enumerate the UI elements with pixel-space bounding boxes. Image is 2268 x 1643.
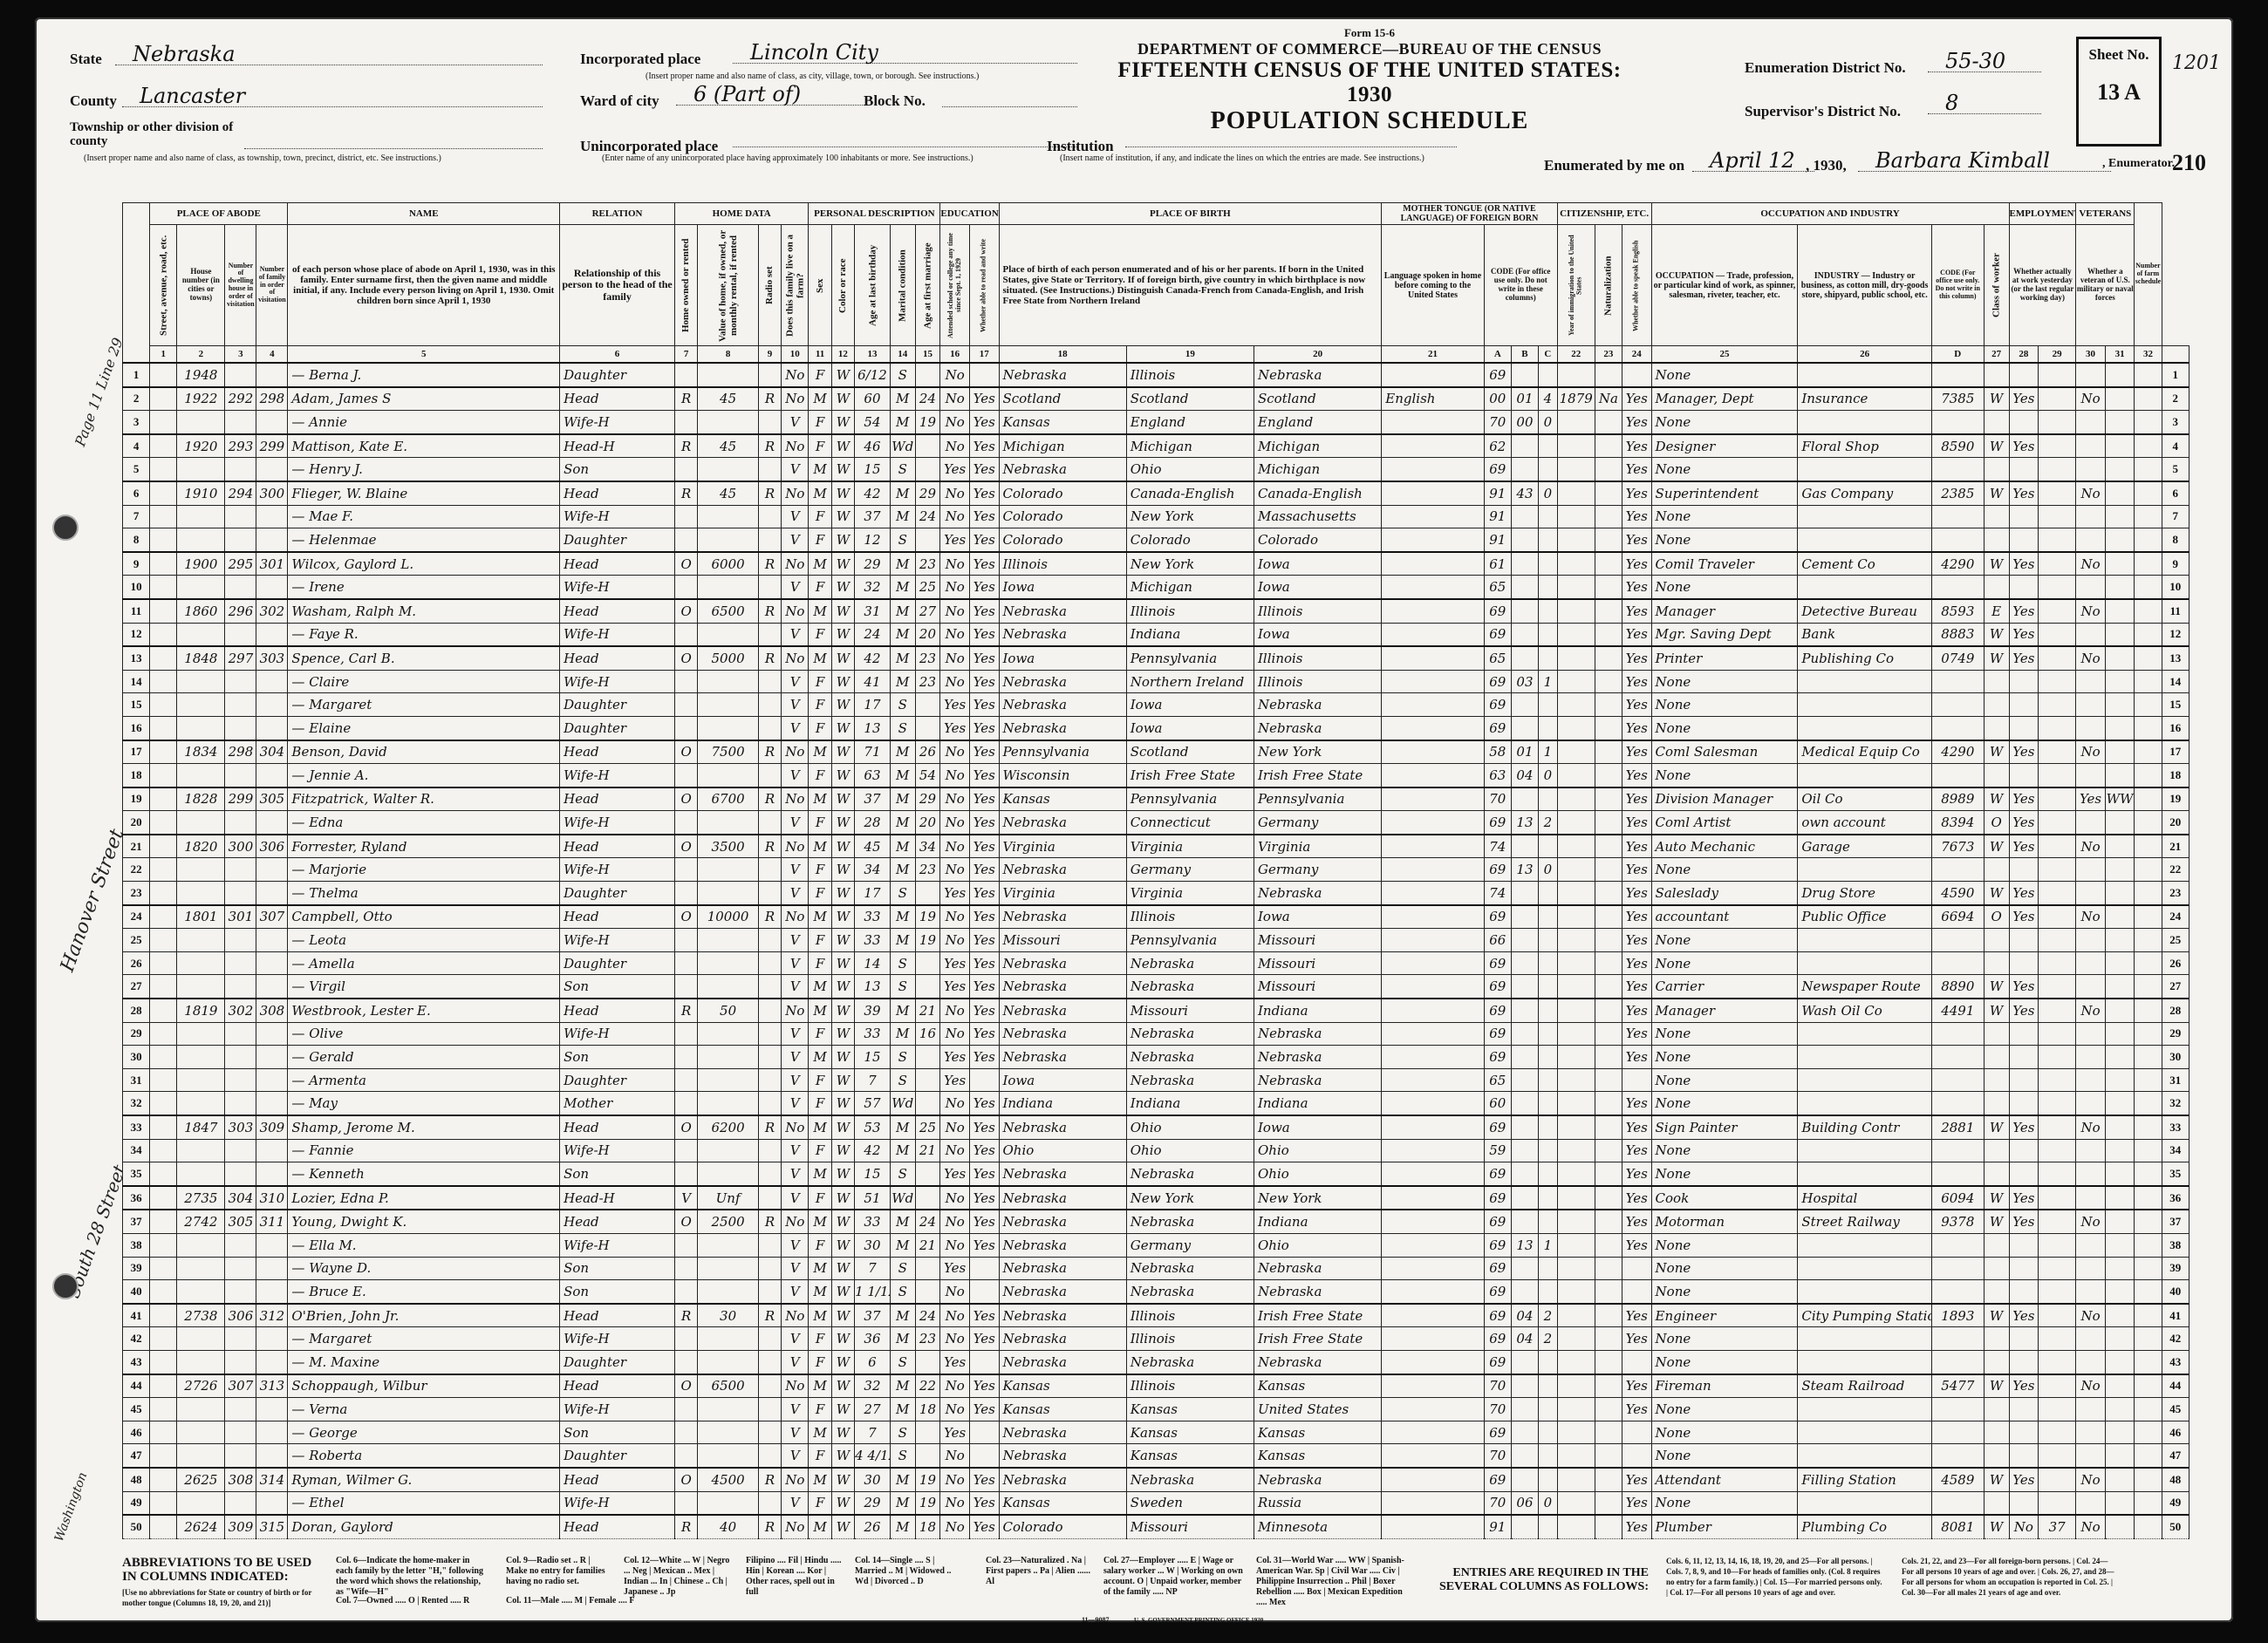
code-c-cell[interactable] (1539, 716, 1558, 740)
farm-schedule-cell[interactable] (2135, 787, 2162, 811)
read-write-cell[interactable]: Yes (969, 1233, 999, 1257)
sex-cell[interactable]: M (809, 599, 831, 623)
relation-cell[interactable]: Wife-H (560, 1327, 675, 1351)
read-write-cell[interactable]: Yes (969, 1186, 999, 1210)
immigration-year-cell[interactable] (1557, 1092, 1595, 1115)
sex-cell[interactable]: F (809, 505, 831, 528)
sex-cell[interactable]: F (809, 623, 831, 646)
immigration-year-cell[interactable] (1557, 481, 1595, 505)
occupation-code-cell[interactable] (1931, 528, 1984, 552)
house-number-cell[interactable]: 1900 (177, 552, 225, 576)
radio-cell[interactable] (758, 951, 781, 975)
occupation-code-cell[interactable] (1931, 929, 1984, 952)
owned-rented-cell[interactable] (674, 528, 697, 552)
mother-birthplace-cell[interactable]: Massachusetts (1254, 505, 1382, 528)
age-first-marriage-cell[interactable] (915, 434, 940, 458)
industry-cell[interactable]: Public Office (1798, 905, 1931, 929)
home-value-cell[interactable] (698, 1327, 759, 1351)
code-a-cell[interactable]: 70 (1484, 1491, 1511, 1515)
sex-cell[interactable]: F (809, 1398, 831, 1421)
house-number-cell[interactable]: 1801 (177, 905, 225, 929)
street-cell[interactable] (150, 951, 177, 975)
name-cell[interactable]: O'Brien, John Jr. (288, 1304, 560, 1327)
home-value-cell[interactable]: 6200 (698, 1115, 759, 1139)
code-b-cell[interactable] (1511, 599, 1538, 623)
farm-schedule-cell[interactable] (2135, 1304, 2162, 1327)
family-number-cell[interactable]: 311 (256, 1210, 288, 1233)
farm-cell[interactable]: V (782, 458, 809, 481)
school-cell[interactable]: Yes (940, 1421, 970, 1444)
home-value-cell[interactable] (698, 1257, 759, 1280)
naturalization-cell[interactable] (1595, 882, 1622, 905)
code-c-cell[interactable] (1539, 646, 1558, 670)
home-value-cell[interactable]: 6000 (698, 552, 759, 576)
marital-cell[interactable]: M (890, 646, 915, 670)
marital-cell[interactable]: M (890, 1022, 915, 1046)
unemployment-line-cell[interactable] (2039, 1491, 2076, 1515)
farm-cell[interactable]: V (782, 1421, 809, 1444)
farm-cell[interactable]: V (782, 716, 809, 740)
dwelling-number-cell[interactable] (225, 882, 256, 905)
code-a-cell[interactable]: 69 (1484, 693, 1511, 717)
language-cell[interactable] (1382, 999, 1484, 1022)
mother-birthplace-cell[interactable]: Ohio (1254, 1233, 1382, 1257)
farm-schedule-cell[interactable] (2135, 599, 2162, 623)
street-cell[interactable] (150, 1374, 177, 1398)
industry-cell[interactable]: Garage (1798, 835, 1931, 858)
dwelling-number-cell[interactable]: 307 (225, 1374, 256, 1398)
family-number-cell[interactable]: 309 (256, 1115, 288, 1139)
immigration-year-cell[interactable] (1557, 1444, 1595, 1468)
naturalization-cell[interactable] (1595, 552, 1622, 576)
mother-birthplace-cell[interactable]: New York (1254, 740, 1382, 764)
radio-cell[interactable] (758, 1421, 781, 1444)
age-first-marriage-cell[interactable]: 23 (915, 1327, 940, 1351)
code-a-cell[interactable]: 69 (1484, 858, 1511, 882)
owned-rented-cell[interactable] (674, 811, 697, 835)
radio-cell[interactable] (758, 1444, 781, 1468)
unemployment-line-cell[interactable] (2039, 670, 2076, 693)
unemployment-line-cell[interactable] (2039, 740, 2076, 764)
owned-rented-cell[interactable]: R (674, 387, 697, 411)
name-cell[interactable]: — Olive (288, 1022, 560, 1046)
dwelling-number-cell[interactable] (225, 1398, 256, 1421)
owned-rented-cell[interactable] (674, 1257, 697, 1280)
unemployment-line-cell[interactable] (2039, 528, 2076, 552)
house-number-cell[interactable] (177, 1257, 225, 1280)
race-cell[interactable]: W (831, 1233, 854, 1257)
occupation-cell[interactable]: Cook (1651, 1186, 1798, 1210)
industry-cell[interactable] (1798, 1280, 1931, 1304)
father-birthplace-cell[interactable]: Illinois (1126, 363, 1254, 387)
unemployment-line-cell[interactable] (2039, 999, 2076, 1022)
occupation-code-cell[interactable] (1931, 1421, 1984, 1444)
house-number-cell[interactable] (177, 1233, 225, 1257)
class-of-worker-cell[interactable]: W (1984, 434, 2009, 458)
name-cell[interactable]: — Wayne D. (288, 1257, 560, 1280)
owned-rented-cell[interactable] (674, 858, 697, 882)
home-value-cell[interactable] (698, 1022, 759, 1046)
war-cell[interactable] (2105, 411, 2135, 434)
house-number-cell[interactable] (177, 1350, 225, 1374)
code-b-cell[interactable]: 13 (1511, 858, 1538, 882)
owned-rented-cell[interactable] (674, 458, 697, 481)
read-write-cell[interactable]: Yes (969, 740, 999, 764)
code-a-cell[interactable]: 63 (1484, 764, 1511, 787)
war-cell[interactable] (2105, 882, 2135, 905)
farm-cell[interactable]: V (782, 528, 809, 552)
age-cell[interactable]: 13 (855, 975, 891, 999)
father-birthplace-cell[interactable]: Illinois (1126, 1374, 1254, 1398)
veteran-cell[interactable] (2076, 411, 2106, 434)
code-c-cell[interactable]: 1 (1539, 740, 1558, 764)
marital-cell[interactable]: S (890, 458, 915, 481)
family-number-cell[interactable]: 310 (256, 1186, 288, 1210)
mother-birthplace-cell[interactable]: United States (1254, 1398, 1382, 1421)
home-value-cell[interactable] (698, 1421, 759, 1444)
unemployment-line-cell[interactable] (2039, 858, 2076, 882)
veteran-cell[interactable] (2076, 1421, 2106, 1444)
class-of-worker-cell[interactable]: W (1984, 552, 2009, 576)
language-cell[interactable] (1382, 1162, 1484, 1186)
home-value-cell[interactable]: 50 (698, 999, 759, 1022)
street-cell[interactable] (150, 599, 177, 623)
school-cell[interactable]: No (940, 505, 970, 528)
owned-rented-cell[interactable] (674, 1046, 697, 1069)
speaks-english-cell[interactable]: Yes (1622, 1304, 1651, 1327)
family-number-cell[interactable] (256, 1092, 288, 1115)
street-cell[interactable] (150, 905, 177, 929)
at-work-cell[interactable]: Yes (2009, 882, 2039, 905)
immigration-year-cell[interactable] (1557, 434, 1595, 458)
home-value-cell[interactable] (698, 764, 759, 787)
industry-cell[interactable] (1798, 1092, 1931, 1115)
birthplace-cell[interactable]: Nebraska (999, 975, 1126, 999)
father-birthplace-cell[interactable]: Iowa (1126, 716, 1254, 740)
name-cell[interactable]: — M. Maxine (288, 1350, 560, 1374)
age-first-marriage-cell[interactable]: 24 (915, 505, 940, 528)
immigration-year-cell[interactable] (1557, 528, 1595, 552)
father-birthplace-cell[interactable]: Northern Ireland (1126, 670, 1254, 693)
immigration-year-cell[interactable] (1557, 1327, 1595, 1351)
read-write-cell[interactable] (969, 1444, 999, 1468)
age-first-marriage-cell[interactable]: 25 (915, 1115, 940, 1139)
race-cell[interactable]: W (831, 528, 854, 552)
owned-rented-cell[interactable]: R (674, 434, 697, 458)
class-of-worker-cell[interactable]: W (1984, 481, 2009, 505)
war-cell[interactable] (2105, 481, 2135, 505)
owned-rented-cell[interactable] (674, 670, 697, 693)
family-number-cell[interactable]: 304 (256, 740, 288, 764)
industry-cell[interactable] (1798, 1139, 1931, 1162)
immigration-year-cell[interactable] (1557, 1491, 1595, 1515)
veteran-cell[interactable] (2076, 693, 2106, 717)
race-cell[interactable]: W (831, 1210, 854, 1233)
occupation-cell[interactable]: None (1651, 1022, 1798, 1046)
street-cell[interactable] (150, 1280, 177, 1304)
school-cell[interactable]: Yes (940, 975, 970, 999)
code-c-cell[interactable] (1539, 905, 1558, 929)
name-cell[interactable]: — Faye R. (288, 623, 560, 646)
language-cell[interactable] (1382, 1186, 1484, 1210)
industry-cell[interactable]: Wash Oil Co (1798, 999, 1931, 1022)
name-cell[interactable]: — Fannie (288, 1139, 560, 1162)
code-a-cell[interactable]: 69 (1484, 670, 1511, 693)
veteran-cell[interactable]: No (2076, 1210, 2106, 1233)
mother-birthplace-cell[interactable]: Iowa (1254, 623, 1382, 646)
race-cell[interactable]: W (831, 999, 854, 1022)
war-cell[interactable] (2105, 1186, 2135, 1210)
father-birthplace-cell[interactable]: Nebraska (1126, 1350, 1254, 1374)
occupation-cell[interactable]: None (1651, 1068, 1798, 1092)
radio-cell[interactable] (758, 1046, 781, 1069)
naturalization-cell[interactable] (1595, 1186, 1622, 1210)
name-cell[interactable]: — Helenmae (288, 528, 560, 552)
house-number-cell[interactable]: 2738 (177, 1304, 225, 1327)
race-cell[interactable]: W (831, 1515, 854, 1538)
code-b-cell[interactable] (1511, 1280, 1538, 1304)
class-of-worker-cell[interactable] (1984, 576, 2009, 599)
naturalization-cell[interactable] (1595, 1468, 1622, 1491)
farm-schedule-cell[interactable] (2135, 646, 2162, 670)
immigration-year-cell[interactable] (1557, 1210, 1595, 1233)
at-work-cell[interactable]: Yes (2009, 975, 2039, 999)
naturalization-cell[interactable] (1595, 576, 1622, 599)
sex-cell[interactable]: F (809, 1350, 831, 1374)
read-write-cell[interactable]: Yes (969, 528, 999, 552)
at-work-cell[interactable] (2009, 458, 2039, 481)
birthplace-cell[interactable]: Pennsylvania (999, 740, 1126, 764)
race-cell[interactable]: W (831, 811, 854, 835)
class-of-worker-cell[interactable]: W (1984, 1374, 2009, 1398)
occupation-code-cell[interactable] (1931, 1444, 1984, 1468)
relation-cell[interactable]: Daughter (560, 363, 675, 387)
unemployment-line-cell[interactable] (2039, 363, 2076, 387)
age-cell[interactable]: 54 (855, 411, 891, 434)
code-a-cell[interactable]: 65 (1484, 1068, 1511, 1092)
race-cell[interactable]: W (831, 1186, 854, 1210)
age-first-marriage-cell[interactable]: 20 (915, 623, 940, 646)
age-first-marriage-cell[interactable]: 29 (915, 787, 940, 811)
dwelling-number-cell[interactable]: 300 (225, 835, 256, 858)
father-birthplace-cell[interactable]: Missouri (1126, 1515, 1254, 1538)
street-cell[interactable] (150, 693, 177, 717)
house-number-cell[interactable] (177, 693, 225, 717)
father-birthplace-cell[interactable]: Illinois (1126, 1327, 1254, 1351)
sex-cell[interactable]: F (809, 434, 831, 458)
house-number-cell[interactable]: 1910 (177, 481, 225, 505)
farm-schedule-cell[interactable] (2135, 1162, 2162, 1186)
family-number-cell[interactable] (256, 951, 288, 975)
immigration-year-cell[interactable] (1557, 552, 1595, 576)
race-cell[interactable]: W (831, 1350, 854, 1374)
school-cell[interactable]: Yes (940, 458, 970, 481)
read-write-cell[interactable]: Yes (969, 905, 999, 929)
farm-cell[interactable]: V (782, 623, 809, 646)
age-first-marriage-cell[interactable]: 27 (915, 599, 940, 623)
age-first-marriage-cell[interactable]: 23 (915, 552, 940, 576)
language-cell[interactable] (1382, 740, 1484, 764)
family-number-cell[interactable] (256, 411, 288, 434)
veteran-cell[interactable] (2076, 858, 2106, 882)
farm-schedule-cell[interactable] (2135, 999, 2162, 1022)
street-cell[interactable] (150, 505, 177, 528)
relation-cell[interactable]: Head-H (560, 1186, 675, 1210)
language-cell[interactable] (1382, 1421, 1484, 1444)
age-cell[interactable]: 6 (855, 1350, 891, 1374)
unemployment-line-cell[interactable] (2039, 929, 2076, 952)
father-birthplace-cell[interactable]: Virginia (1126, 882, 1254, 905)
sex-cell[interactable]: M (809, 1304, 831, 1327)
code-c-cell[interactable] (1539, 1210, 1558, 1233)
marital-cell[interactable]: M (890, 623, 915, 646)
occupation-cell[interactable]: None (1651, 1491, 1798, 1515)
unemployment-line-cell[interactable] (2039, 481, 2076, 505)
street-cell[interactable] (150, 999, 177, 1022)
unemployment-line-cell[interactable] (2039, 505, 2076, 528)
age-cell[interactable]: 29 (855, 552, 891, 576)
radio-cell[interactable]: R (758, 1115, 781, 1139)
birthplace-cell[interactable]: Missouri (999, 929, 1126, 952)
language-cell[interactable] (1382, 552, 1484, 576)
radio-cell[interactable] (758, 1257, 781, 1280)
radio-cell[interactable]: R (758, 1515, 781, 1538)
at-work-cell[interactable]: Yes (2009, 905, 2039, 929)
code-a-cell[interactable]: 61 (1484, 552, 1511, 576)
code-c-cell[interactable] (1539, 693, 1558, 717)
language-cell[interactable] (1382, 646, 1484, 670)
code-a-cell[interactable]: 59 (1484, 1139, 1511, 1162)
occupation-code-cell[interactable]: 0749 (1931, 646, 1984, 670)
dwelling-number-cell[interactable]: 309 (225, 1515, 256, 1538)
veteran-cell[interactable] (2076, 1257, 2106, 1280)
read-write-cell[interactable]: Yes (969, 1162, 999, 1186)
naturalization-cell[interactable] (1595, 693, 1622, 717)
war-cell[interactable] (2105, 434, 2135, 458)
class-of-worker-cell[interactable]: W (1984, 882, 2009, 905)
marital-cell[interactable]: S (890, 716, 915, 740)
unemployment-line-cell[interactable] (2039, 552, 2076, 576)
read-write-cell[interactable]: Yes (969, 505, 999, 528)
father-birthplace-cell[interactable]: Illinois (1126, 599, 1254, 623)
race-cell[interactable]: W (831, 1115, 854, 1139)
language-cell[interactable] (1382, 481, 1484, 505)
sex-cell[interactable]: F (809, 1186, 831, 1210)
age-first-marriage-cell[interactable] (915, 1444, 940, 1468)
read-write-cell[interactable] (969, 1068, 999, 1092)
industry-cell[interactable] (1798, 951, 1931, 975)
veteran-cell[interactable]: No (2076, 905, 2106, 929)
marital-cell[interactable]: M (890, 929, 915, 952)
father-birthplace-cell[interactable]: Virginia (1126, 835, 1254, 858)
name-cell[interactable]: — Claire (288, 670, 560, 693)
industry-cell[interactable] (1798, 576, 1931, 599)
speaks-english-cell[interactable]: Yes (1622, 1491, 1651, 1515)
birthplace-cell[interactable]: Virginia (999, 882, 1126, 905)
street-cell[interactable] (150, 716, 177, 740)
immigration-year-cell[interactable] (1557, 646, 1595, 670)
farm-cell[interactable]: V (782, 811, 809, 835)
war-cell[interactable] (2105, 505, 2135, 528)
mother-birthplace-cell[interactable]: Missouri (1254, 975, 1382, 999)
age-first-marriage-cell[interactable] (915, 1186, 940, 1210)
home-value-cell[interactable]: 45 (698, 481, 759, 505)
school-cell[interactable]: No (940, 835, 970, 858)
age-cell[interactable]: 29 (855, 1491, 891, 1515)
sex-cell[interactable]: M (809, 1115, 831, 1139)
farm-schedule-cell[interactable] (2135, 1233, 2162, 1257)
owned-rented-cell[interactable]: R (674, 1304, 697, 1327)
at-work-cell[interactable] (2009, 1257, 2039, 1280)
occupation-code-cell[interactable] (1931, 1280, 1984, 1304)
radio-cell[interactable] (758, 1350, 781, 1374)
language-cell[interactable] (1382, 1444, 1484, 1468)
house-number-cell[interactable] (177, 975, 225, 999)
name-cell[interactable]: Washam, Ralph M. (288, 599, 560, 623)
sex-cell[interactable]: M (809, 835, 831, 858)
house-number-cell[interactable] (177, 1139, 225, 1162)
war-cell[interactable] (2105, 528, 2135, 552)
house-number-cell[interactable]: 2742 (177, 1210, 225, 1233)
marital-cell[interactable]: M (890, 764, 915, 787)
speaks-english-cell[interactable]: Yes (1622, 387, 1651, 411)
farm-schedule-cell[interactable] (2135, 1115, 2162, 1139)
name-cell[interactable]: Campbell, Otto (288, 905, 560, 929)
war-cell[interactable] (2105, 599, 2135, 623)
code-b-cell[interactable] (1511, 552, 1538, 576)
language-cell[interactable] (1382, 1046, 1484, 1069)
name-cell[interactable]: — Ella M. (288, 1233, 560, 1257)
street-cell[interactable] (150, 1162, 177, 1186)
at-work-cell[interactable]: Yes (2009, 599, 2039, 623)
farm-schedule-cell[interactable] (2135, 905, 2162, 929)
war-cell[interactable] (2105, 1115, 2135, 1139)
immigration-year-cell[interactable] (1557, 458, 1595, 481)
naturalization-cell[interactable] (1595, 1092, 1622, 1115)
occupation-cell[interactable]: None (1651, 363, 1798, 387)
industry-cell[interactable]: Insurance (1798, 387, 1931, 411)
sex-cell[interactable]: F (809, 1022, 831, 1046)
at-work-cell[interactable]: Yes (2009, 1186, 2039, 1210)
home-value-cell[interactable] (698, 458, 759, 481)
radio-cell[interactable] (758, 1022, 781, 1046)
birthplace-cell[interactable]: Nebraska (999, 1280, 1126, 1304)
unemployment-line-cell[interactable] (2039, 764, 2076, 787)
read-write-cell[interactable]: Yes (969, 552, 999, 576)
occupation-cell[interactable]: None (1651, 951, 1798, 975)
veteran-cell[interactable] (2076, 1162, 2106, 1186)
owned-rented-cell[interactable] (674, 1022, 697, 1046)
age-first-marriage-cell[interactable] (915, 1257, 940, 1280)
veteran-cell[interactable]: No (2076, 599, 2106, 623)
birthplace-cell[interactable]: Nebraska (999, 458, 1126, 481)
war-cell[interactable] (2105, 716, 2135, 740)
house-number-cell[interactable] (177, 929, 225, 952)
code-b-cell[interactable] (1511, 576, 1538, 599)
relation-cell[interactable]: Wife-H (560, 858, 675, 882)
age-cell[interactable]: 31 (855, 599, 891, 623)
speaks-english-cell[interactable]: Yes (1622, 1515, 1651, 1538)
school-cell[interactable]: Yes (940, 528, 970, 552)
farm-schedule-cell[interactable] (2135, 505, 2162, 528)
street-cell[interactable] (150, 1398, 177, 1421)
birthplace-cell[interactable]: Nebraska (999, 716, 1126, 740)
dwelling-number-cell[interactable] (225, 1257, 256, 1280)
street-cell[interactable] (150, 387, 177, 411)
code-c-cell[interactable] (1539, 882, 1558, 905)
immigration-year-cell[interactable] (1557, 1068, 1595, 1092)
family-number-cell[interactable] (256, 929, 288, 952)
